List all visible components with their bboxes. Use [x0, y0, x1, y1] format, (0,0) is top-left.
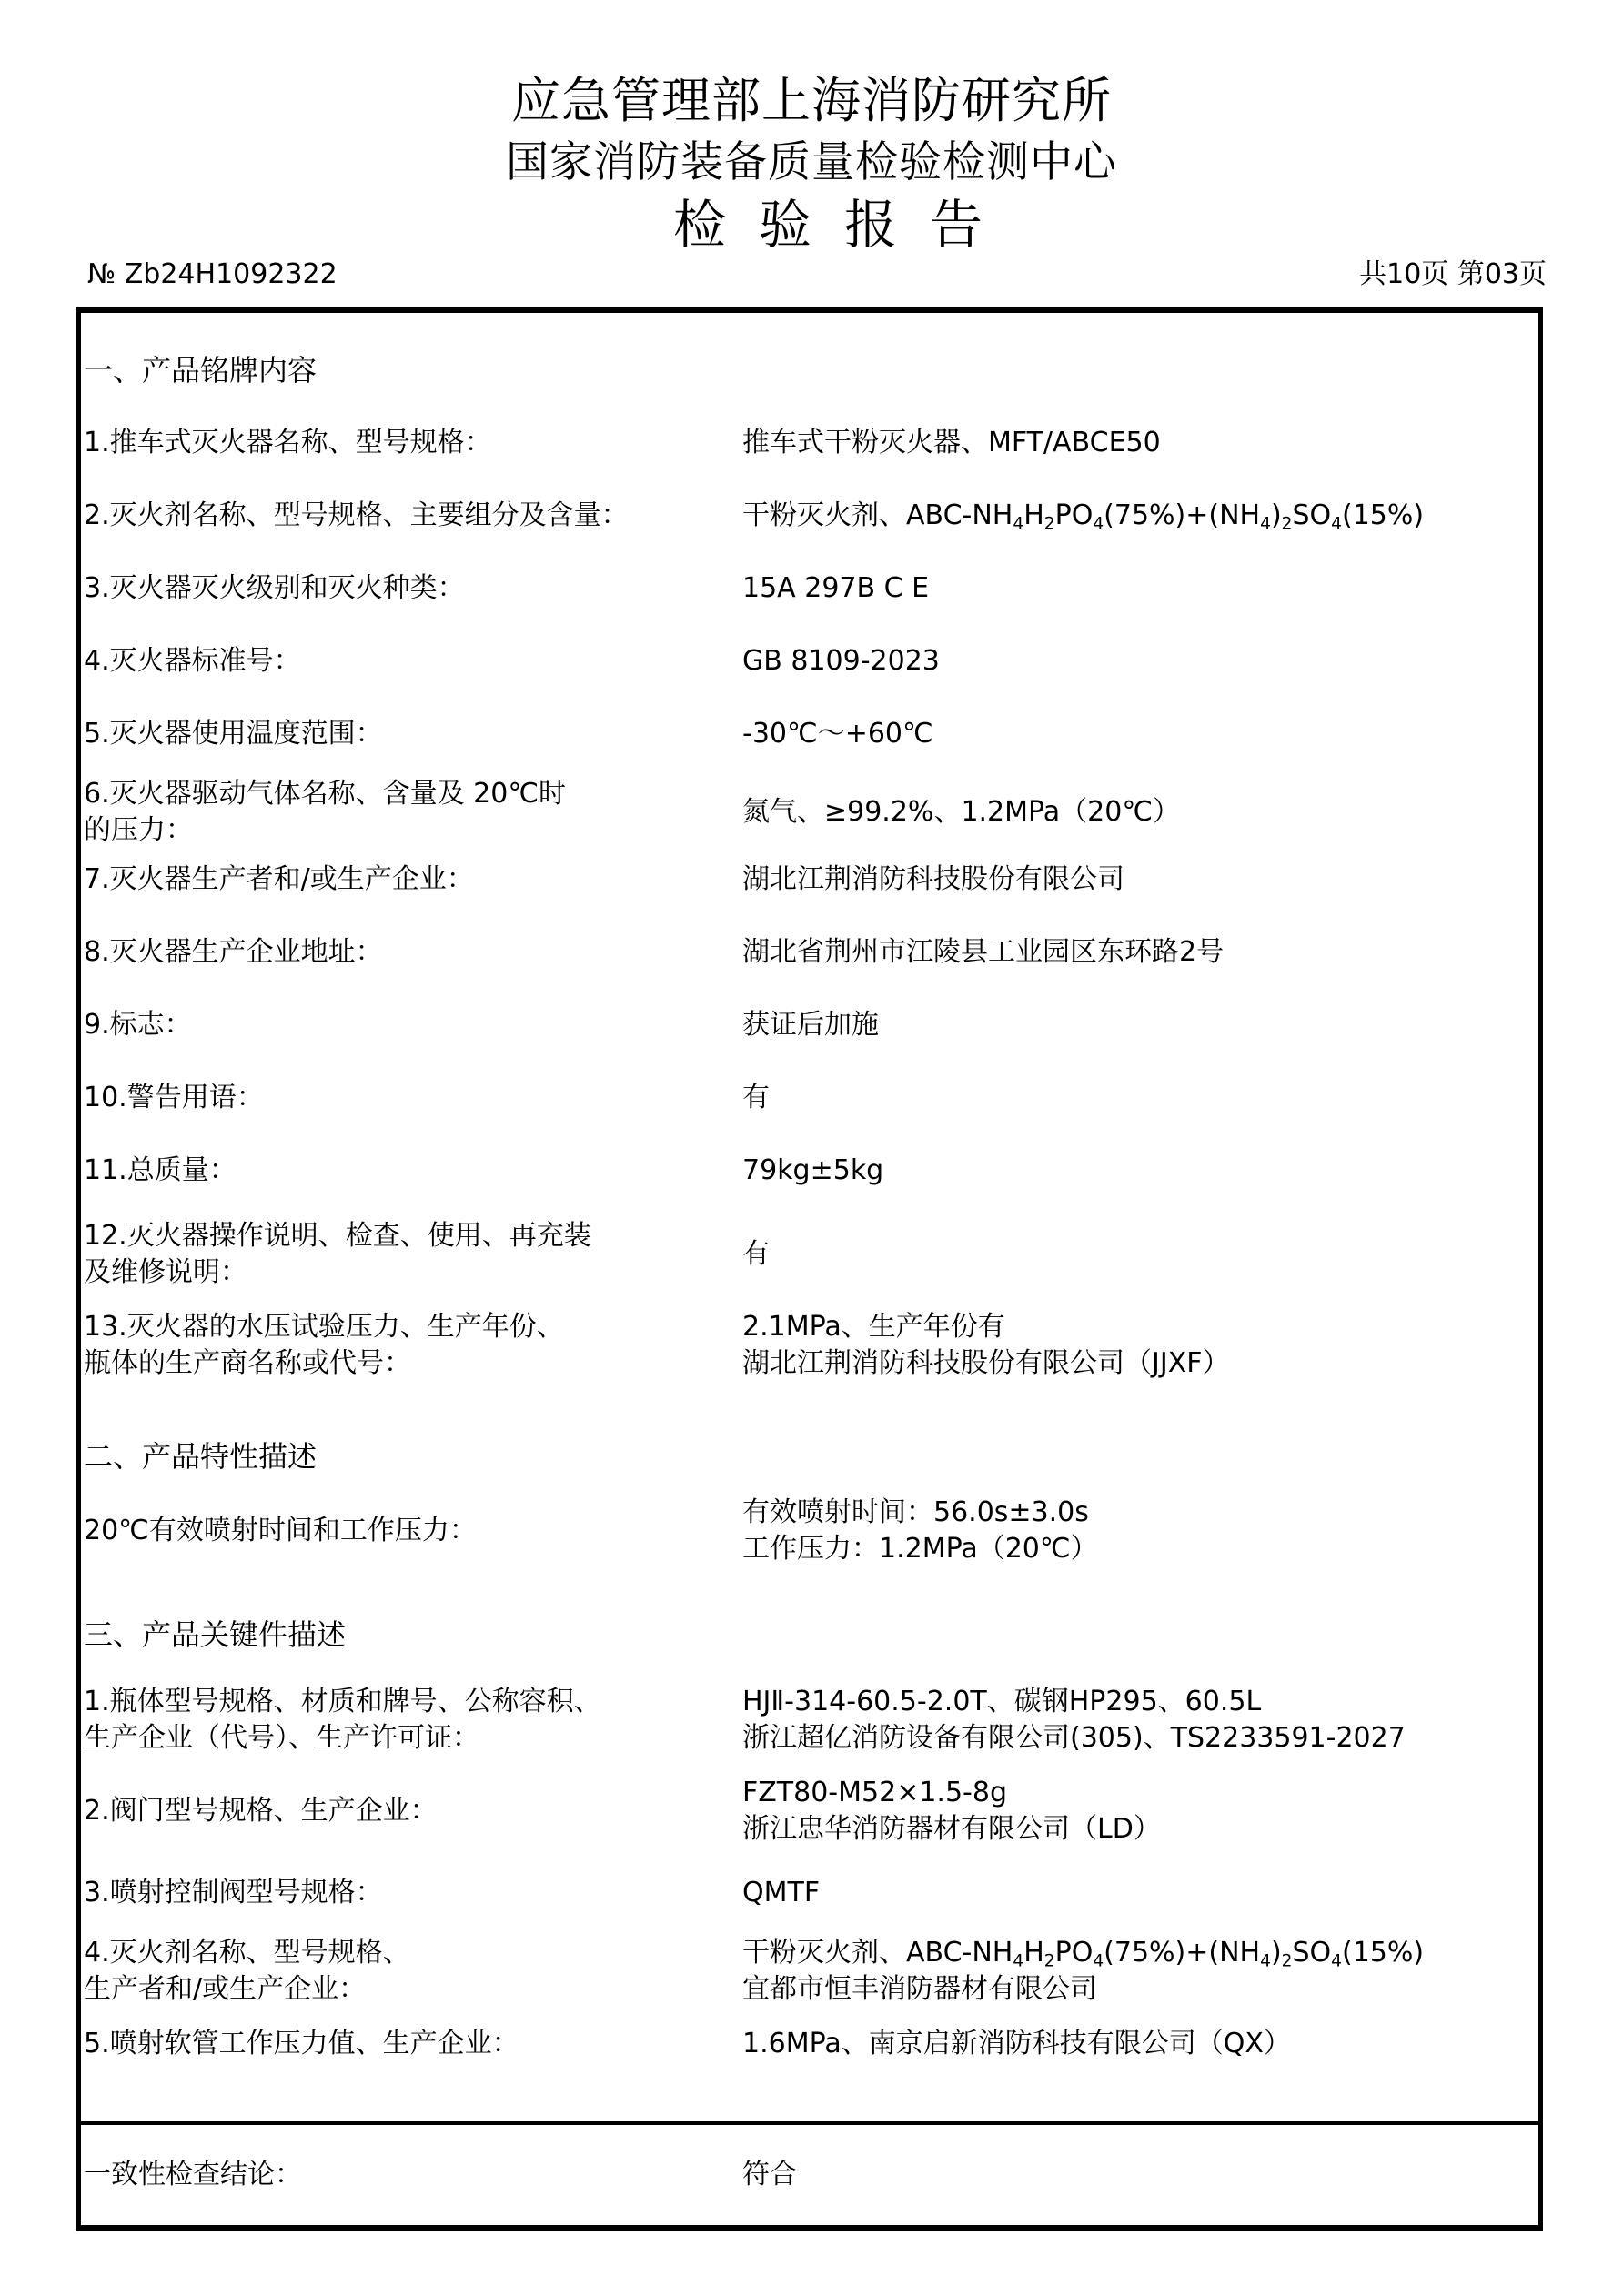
section-title-nameplate: 一、产品铭牌内容 — [84, 351, 317, 389]
row-value: 15A 297B C E — [742, 569, 929, 608]
conclusion-value: 符合 — [742, 2156, 797, 2194]
row-label: 2.阀门型号规格、生产企业： — [84, 1792, 438, 1830]
row-label-line1: 13.灭火器的水压试验压力、生产年份、 — [84, 1308, 564, 1346]
row-value-line2: 宜都市恒丰消防器材有限公司 — [742, 1970, 1097, 2009]
row-value-line1: HJⅡ-314-60.5-2.0T、碳钢HP295、60.5L — [742, 1683, 1261, 1721]
conclusion-label: 一致性检查结论： — [84, 2156, 302, 2194]
row-label-line2: 瓶体的生产商名称或代号： — [84, 1344, 411, 1383]
characteristics-row-1: 20℃有效喷射时间和工作压力： 有效喷射时间：56.0s±3.0s 工作压力：1… — [84, 1494, 1530, 1570]
row-label: 9.标志： — [84, 1006, 192, 1044]
row-value: 氮气、≥99.2%、1.2MPa（20℃） — [742, 793, 1180, 831]
row-label: 7.灭火器生产者和/或生产企业： — [84, 861, 474, 899]
row-label: 5.喷射软管工作压力值、生产企业： — [84, 2025, 519, 2063]
row-label-line2: 及维修说明： — [84, 1254, 247, 1292]
conclusion-divider — [76, 2121, 1543, 2125]
nameplate-row-6: 6.灭火器驱动气体名称、含量及 20℃时 的压力： 氮气、≥99.2%、1.2M… — [84, 775, 1530, 851]
row-label: 5.灭火器使用温度范围： — [84, 715, 383, 753]
org-name: 应急管理部上海消防研究所 — [0, 71, 1623, 131]
component-row-2: 2.阀门型号规格、生产企业： FZT80-M52×1.5-8g 浙江忠华消防器材… — [84, 1774, 1530, 1850]
row-label: 1.推车式灭火器名称、型号规格： — [84, 424, 492, 462]
row-label: 10.警告用语： — [84, 1079, 264, 1117]
center-name: 国家消防装备质量检验检测中心 — [0, 136, 1623, 189]
row-label: 3.灭火器灭火级别和灭火种类： — [84, 569, 465, 608]
row-value-line1: FZT80-M52×1.5-8g — [742, 1774, 1007, 1812]
row-value: 有 — [742, 1235, 770, 1274]
row-label: 4.灭火器标准号： — [84, 642, 301, 680]
document-title: 检验报告 — [0, 193, 1623, 257]
row-value: 湖北江荆消防科技股份有限公司 — [742, 861, 1124, 899]
row-label-line2: 生产企业（代号）、生产许可证： — [84, 1719, 479, 1757]
row-label-line1: 6.灭火器驱动气体名称、含量及 20℃时 — [84, 775, 566, 813]
row-value-line2: 工作压力：1.2MPa（20℃） — [742, 1530, 1098, 1568]
row-label: 11.总质量： — [84, 1152, 237, 1190]
row-label: 3.喷射控制阀型号规格： — [84, 1874, 383, 1912]
row-label: 20℃有效喷射时间和工作压力： — [84, 1512, 477, 1550]
row-label-line1: 4.灭火剂名称、型号规格、 — [84, 1934, 410, 1972]
row-value: -30℃～+60℃ — [742, 715, 933, 753]
row-value: QMTF — [742, 1874, 820, 1912]
row-label: 8.灭火器生产企业地址： — [84, 933, 383, 972]
report-number-value: Zb24H1092322 — [125, 258, 338, 290]
nameplate-row-13: 13.灭火器的水压试验压力、生产年份、 瓶体的生产商名称或代号： 2.1MPa、… — [84, 1308, 1530, 1385]
section-title-key-components: 三、产品关键件描述 — [84, 1616, 346, 1654]
row-label: 2.灭火剂名称、型号规格、主要组分及含量： — [84, 497, 629, 535]
row-value: 推车式干粉灭火器、MFT/ABCE50 — [742, 424, 1161, 462]
row-value-line2: 浙江忠华消防器材有限公司（LD） — [742, 1810, 1161, 1848]
row-value-line2: 湖北江荆消防科技股份有限公司（JJXF） — [742, 1344, 1230, 1383]
row-value-line2: 浙江超亿消防设备有限公司(305)、TS2233591-2027 — [742, 1719, 1406, 1757]
row-value: 获证后加施 — [742, 1006, 879, 1044]
row-value-formula: 干粉灭火剂、ABC-NH4H2PO4(75%)+(NH4)2SO4(15%) — [742, 1934, 1424, 1972]
report-meta: № Zb24H1092322 共10页 第03页 — [87, 257, 1547, 293]
row-value-line1: 有效喷射时间：56.0s±3.0s — [742, 1494, 1089, 1532]
section-title-characteristics: 二、产品特性描述 — [84, 1437, 317, 1475]
component-row-4: 4.灭火剂名称、型号规格、 生产者和/或生产企业： 干粉灭火剂、ABC-NH4H… — [84, 1934, 1530, 2010]
row-value: 79kg±5kg — [742, 1152, 883, 1190]
page-indicator: 共10页 第03页 — [1359, 257, 1547, 293]
row-label-line1: 1.瓶体型号规格、材质和牌号、公称容积、 — [84, 1683, 601, 1721]
row-value: 有 — [742, 1079, 770, 1117]
row-label-line2: 的压力： — [84, 811, 193, 850]
row-value: 1.6MPa、南京启新消防科技有限公司（QX） — [742, 2025, 1291, 2063]
row-label-line1: 12.灭火器操作说明、检查、使用、再充装 — [84, 1217, 591, 1255]
component-row-1: 1.瓶体型号规格、材质和牌号、公称容积、 生产企业（代号）、生产许可证： HJⅡ… — [84, 1683, 1530, 1759]
row-value-line1: 2.1MPa、生产年份有 — [742, 1308, 1005, 1346]
numero-sign: № — [87, 258, 116, 290]
row-value: 湖北省荆州市江陵县工业园区东环路2号 — [742, 933, 1224, 972]
nameplate-row-12: 12.灭火器操作说明、检查、使用、再充装 及维修说明： 有 — [84, 1217, 1530, 1294]
row-label-line2: 生产者和/或生产企业： — [84, 1970, 366, 2009]
report-number: № Zb24H1092322 — [87, 257, 338, 293]
row-value-formula: 干粉灭火剂、ABC-NH4H2PO4(75%)+(NH4)2SO4(15%) — [742, 497, 1424, 535]
row-value: GB 8109-2023 — [742, 642, 940, 680]
